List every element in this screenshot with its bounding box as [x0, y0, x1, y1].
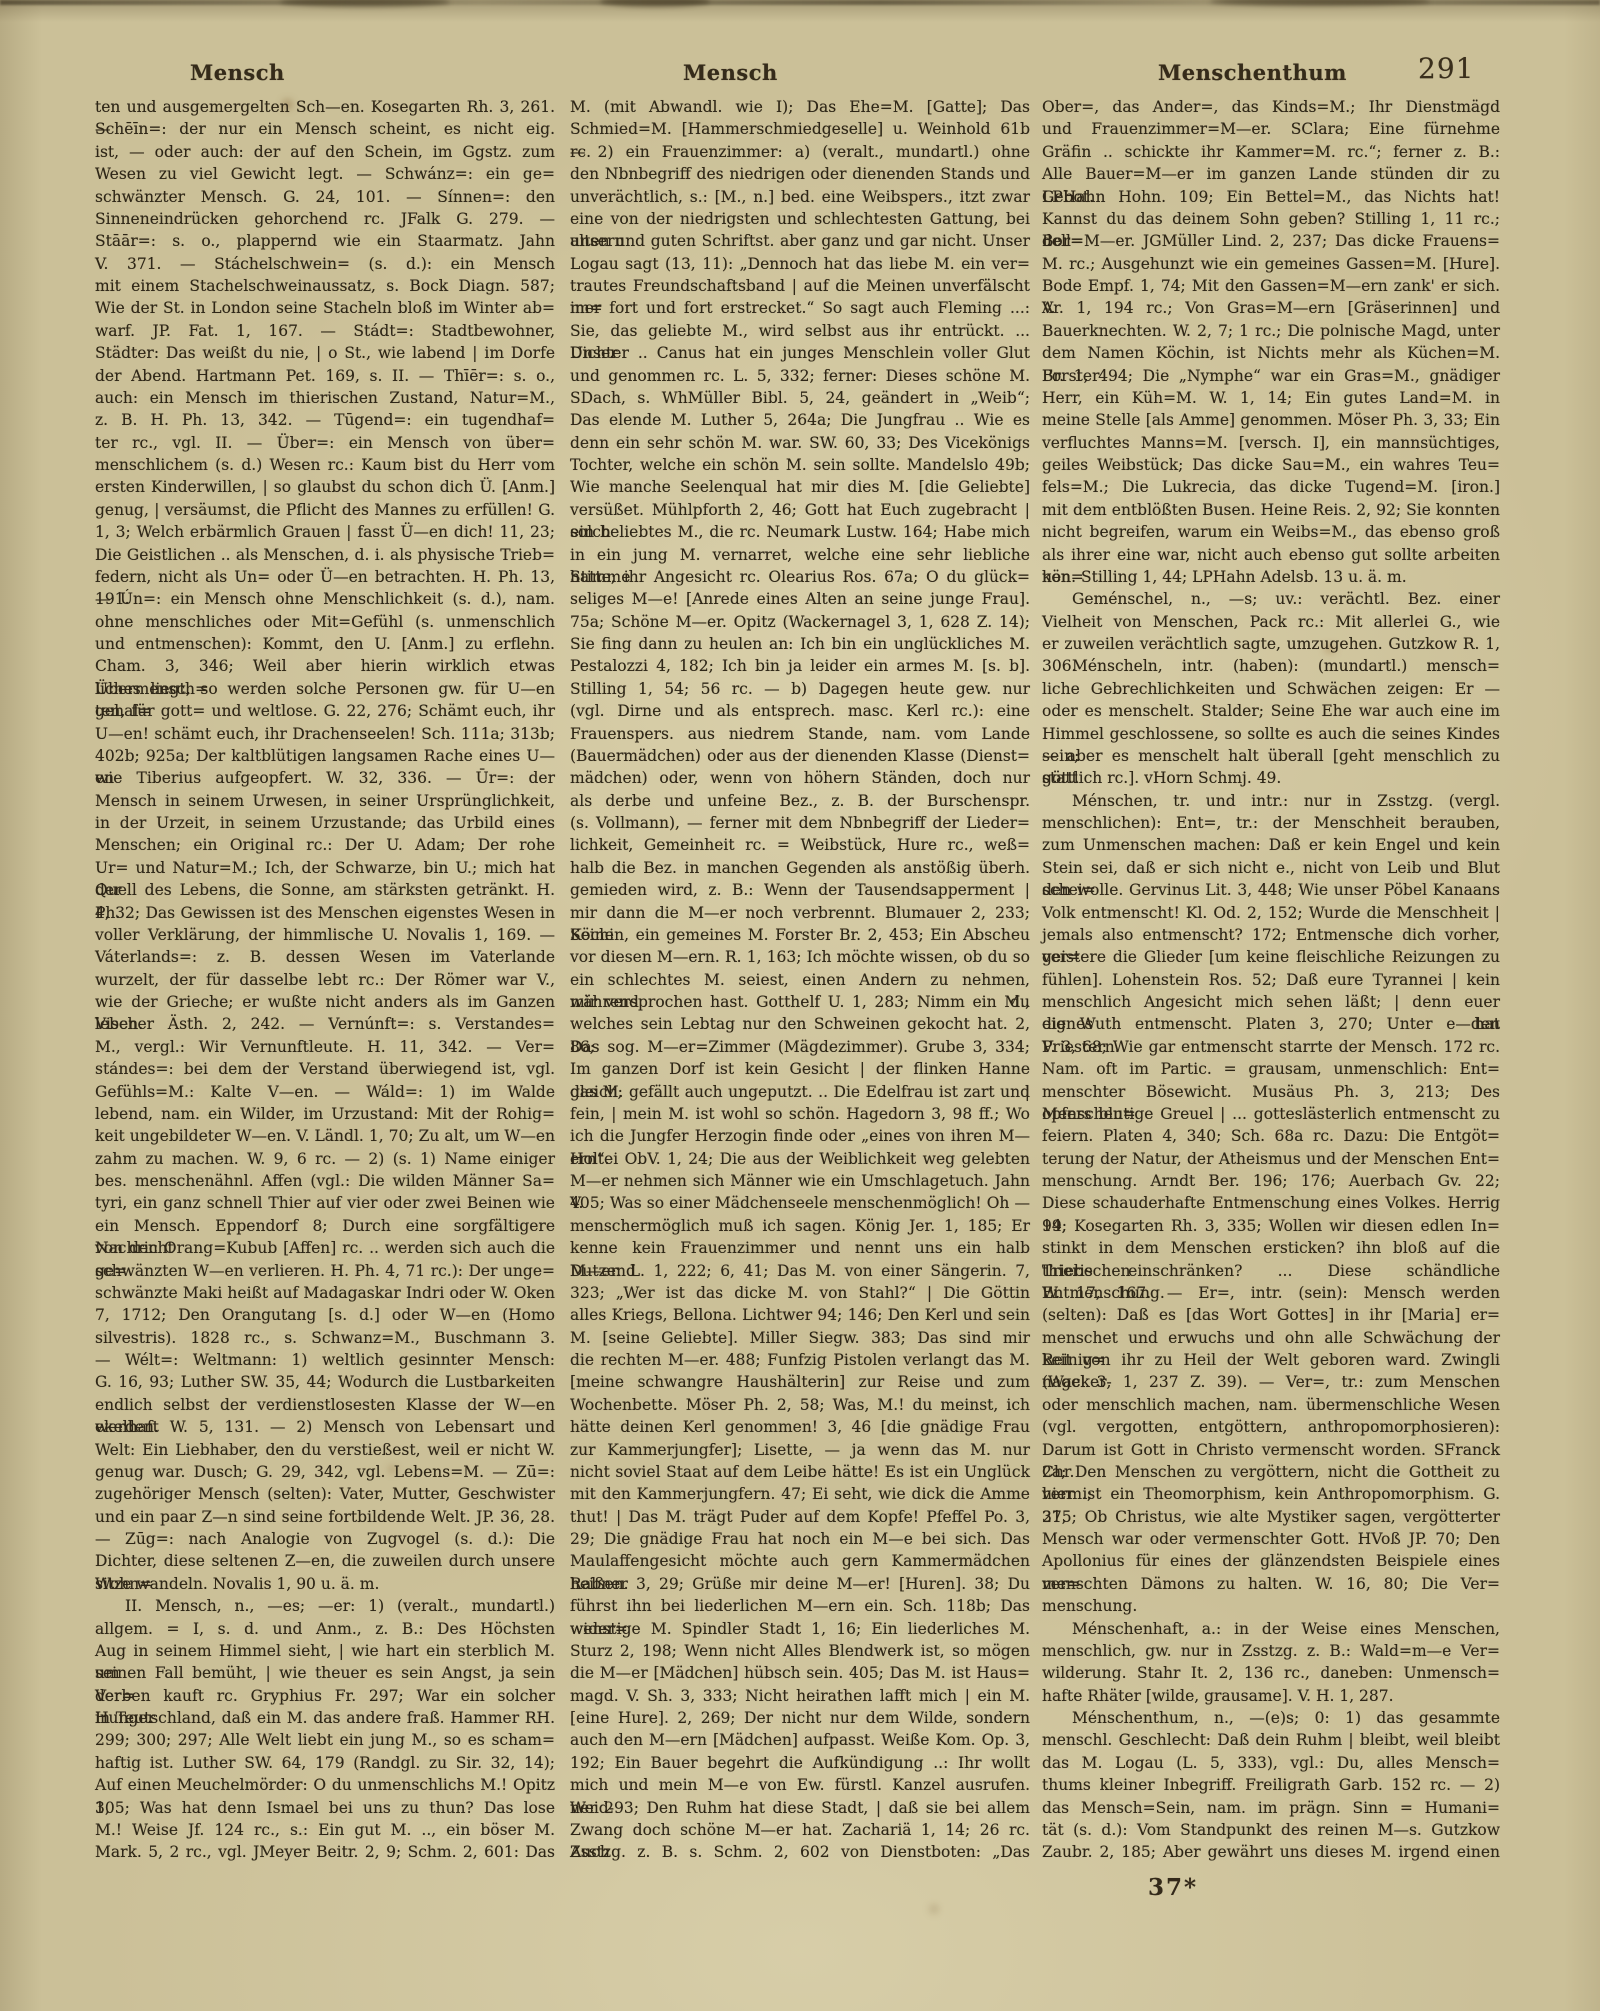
- text-line: — Zūg=: nach Analogie von Zugvogel (s. d…: [95, 1528, 555, 1550]
- text-line: nagel 3, 1, 237 Z. 39). — Ver=, tr.: zum…: [1042, 1371, 1500, 1393]
- text-line: menschten Dämons zu halten. W. 16, 80; D…: [1042, 1573, 1500, 1595]
- text-line: Kannst du das deinem Sohn geben? Stillin…: [1042, 208, 1500, 230]
- text-line: ten, für gott= und weltlose. G. 22, 276;…: [95, 700, 555, 722]
- text-line: M. [seine Geliebte]. Miller Siegw. 383; …: [570, 1327, 1030, 1349]
- text-line: Menschen; ein Original rc.: Der U. Adam;…: [95, 834, 555, 856]
- text-line: M. rc.; Ausgehunzt wie ein gemeines Gass…: [1042, 253, 1500, 275]
- text-line: wie Tiberius aufgeopfert. W. 32, 336. — …: [95, 767, 555, 789]
- text-line: Pestalozzi 4, 182; Ich bin ja leider ein…: [570, 655, 1030, 677]
- text-line: liches liegt, so werden solche Personen …: [95, 678, 555, 700]
- text-line: feiern. Platen 4, 340; Sch. 68a rc. Dazu…: [1042, 1125, 1500, 1147]
- text-line: federn, nicht als Un= oder Ü—en betracht…: [95, 566, 555, 588]
- text-line: die Wuth entmenscht. Platen 3, 270; Unte…: [1042, 1013, 1500, 1035]
- text-line: in ein jung M. vernarret, welche eine se…: [570, 544, 1030, 566]
- text-line: menschet und erwuchs und ohn alle Schwäc…: [1042, 1327, 1500, 1349]
- text-line: den wolle. Gervinus Lit. 3, 448; Wie uns…: [1042, 879, 1500, 901]
- text-line: thums kleiner Inbegriff. Freiligrath Gar…: [1042, 1774, 1500, 1796]
- text-line: genug war. Dusch; G. 29, 342, vgl. Leben…: [95, 1461, 555, 1483]
- text-line: werden. W. 5, 131. — 2) Mensch von Leben…: [95, 1416, 555, 1438]
- text-line: (vgl. vergotten, entgöttern, anthropomor…: [1042, 1416, 1500, 1438]
- text-line: auch: ein Mensch im thierischen Zustand,…: [95, 387, 555, 409]
- text-line: wenstige M. Spindler Stadt 1, 16; Ein li…: [570, 1618, 1030, 1640]
- text-line: göttlich rc.]. vHorn Schmj. 49.: [1042, 767, 1500, 789]
- scan-blot: [280, 0, 450, 7]
- text-line: meine Stelle [als Amme] genommen. Möser …: [1042, 409, 1500, 431]
- text-line: Volk entmenscht! Kl. Od. 2, 152; Wurde d…: [1042, 902, 1500, 924]
- text-line: geiles Weibstück; Das dicke Sau=M., ein …: [1042, 454, 1500, 476]
- text-line: [meine schwangre Haushälterin] zur Reise…: [570, 1371, 1030, 1393]
- text-line: menschlich Angesicht mich sehen läßt; | …: [1042, 991, 1500, 1013]
- text-line: M. (mit Abwandl. wie I); Das Ehe=M. [Gat…: [570, 96, 1030, 118]
- text-line: Váterlands=: z. B. dessen Wesen im Vater…: [95, 946, 555, 968]
- text-line: Schmied=M. [Hammerschmiedgeselle] u. Wei…: [570, 118, 1030, 140]
- text-line: Das elende M. Luther 5, 264a; Die Jungfr…: [570, 409, 1030, 431]
- text-line: Mark. 5, 2 rc., vgl. JMeyer Beitr. 2, 9;…: [95, 1841, 555, 1863]
- text-line: verfluchtes Manns=M. [versch. I], ein ma…: [1042, 432, 1500, 454]
- text-line: mädchen) oder, wenn von höhern Ständen, …: [570, 767, 1030, 789]
- text-line: vor diesen M—ern. R. 1, 163; Ich möchte …: [570, 946, 1030, 968]
- text-line: oder menschlich machen, nam. übermenschl…: [1042, 1394, 1500, 1416]
- text-line: menschter Bösewicht. Musäus Ph. 3, 213; …: [1042, 1081, 1500, 1103]
- text-line: stándes=: bei dem der Verstand überwiege…: [95, 1058, 555, 1080]
- scan-blot: [600, 0, 710, 7]
- text-line: Nam. oft im Partic. = grausam, unmenschl…: [1042, 1058, 1500, 1080]
- text-line: Zwang doch schöne M—er hat. Zachariä 1, …: [570, 1819, 1030, 1841]
- text-line: eine von der niedrigsten und schlechtest…: [570, 208, 1030, 230]
- text-line: [eine Hure]. 2, 269; Der nicht nur dem W…: [570, 1707, 1030, 1729]
- text-line: Herr, ein Küh=M. W. 1, 14; Ein gutes Lan…: [1042, 387, 1500, 409]
- text-line: Alle Bauer=M—er im ganzen Lande stünden …: [1042, 163, 1500, 185]
- text-line: schwänzter Mensch. G. 24, 101. — Sínnen=…: [95, 186, 555, 208]
- text-line: Ménschen, tr. und intr.: nur in Zsstzg. …: [1042, 790, 1500, 812]
- text-column-2: M. (mit Abwandl. wie I); Das Ehe=M. [Gat…: [570, 96, 1030, 1864]
- text-line: Sinneneindrücken gehorchend rc. JFalk G.…: [95, 208, 555, 230]
- text-line: jemals also entmenscht? 172; Entmensche …: [1042, 924, 1500, 946]
- text-line: M—er nehmen sich Männer wie ein Umschlag…: [570, 1170, 1030, 1192]
- text-line: und genommen rc. L. 5, 332; ferner: Dies…: [570, 365, 1030, 387]
- text-line: gemieden wird, z. B.: Wenn der Tausendsa…: [570, 879, 1030, 901]
- text-line: Vischer Ästh. 2, 242. — Vernúnft=: s. Ve…: [95, 1013, 555, 1035]
- text-line: stinkt in dem Menschen ersticken? ihn bl…: [1042, 1237, 1500, 1259]
- text-line: Frauenspers. aus niedrem Stande, nam. vo…: [570, 723, 1030, 745]
- text-line: endlich selbst der verdienstlosesten Kla…: [95, 1394, 555, 1416]
- text-line: II. Mensch, n., —es; —er: 1) (veralt., m…: [95, 1595, 555, 1617]
- text-line: 7, 1712; Den Orangutang [s. d.] oder W—e…: [95, 1304, 555, 1326]
- text-column-1: ten und ausgemergelten Sch—en. Kosegarte…: [95, 96, 555, 1864]
- text-line: hatte; ihr Angesicht rc. Olearius Ros. 6…: [570, 566, 1030, 588]
- text-line: Gefühls=M.: Kalte V—en. — Wáld=: 1) im W…: [95, 1081, 555, 1103]
- text-line: das Mensch=Sein, nam. im prägn. Sinn = H…: [1042, 1797, 1500, 1819]
- text-line: er zuweilen verächtlich sagte, umzugehen…: [1042, 633, 1500, 655]
- text-line: denn ein sehr schön M. war. SW. 60, 33; …: [570, 432, 1030, 454]
- text-line: mich und mein M—e von Ew. fürstl. Kanzel…: [570, 1774, 1030, 1796]
- text-line: mit einem Stachelschweinaussatz, s. Bock…: [95, 275, 555, 297]
- text-line: Wochenbette. Möser Ph. 2, 58; Was, M.! d…: [570, 1394, 1030, 1416]
- text-line: das M. Logau (L. 5, 333), vgl.: Du, alle…: [1042, 1752, 1500, 1774]
- text-line: schwänzten W—en verlieren. H. Ph. 4, 71 …: [95, 1260, 555, 1282]
- text-line: 323; „Wer ist das dicke M. von Stahl?“ |…: [570, 1282, 1030, 1304]
- text-line: Rabner 3, 29; Grüße mir deine M—er! [Hur…: [570, 1573, 1030, 1595]
- text-line: Tochter, welche ein schön M. sein sollte…: [570, 454, 1030, 476]
- text-line: Wie der St. in London seine Stacheln blo…: [95, 297, 555, 319]
- text-line: 2a; Den Menschen zu vergöttern, nicht di…: [1042, 1461, 1500, 1483]
- text-line: silvestris). 1828 rc., s. Schwanz=M., Bu…: [95, 1327, 555, 1349]
- text-line: keit von ihr zu Heil der Welt geboren wa…: [1042, 1349, 1500, 1371]
- text-line: V. 3, 68; Wie gar entmenscht starrte der…: [1042, 1036, 1500, 1058]
- text-line: menschung.: [1042, 1595, 1500, 1617]
- text-line: zugehöriger Mensch (selten): Vater, Mutt…: [95, 1483, 555, 1505]
- text-line: Dichter, diese seltenen Z—en, die zuweil…: [95, 1550, 555, 1572]
- paper-stain: [930, 1905, 938, 1913]
- text-line: Quell des Lebens, die Sonne, am stärkste…: [95, 879, 555, 901]
- text-line: allgem. = I, s. d. und Anm., z. B.: Des …: [95, 1618, 555, 1640]
- text-line: Zsstzg. z. B. s. Schm. 2, 602 von Dienst…: [570, 1841, 1030, 1863]
- text-line: genug, | versäumst, die Pflicht des Mann…: [95, 499, 555, 521]
- text-line: Wie manche Seelenqual hat mir dies M. [d…: [570, 476, 1030, 498]
- text-line: wilderung. Stahr It. 2, 136 rc., daneben…: [1042, 1662, 1500, 1684]
- text-line: Ober=, das Ander=, das Kinds=M.; Ihr Die…: [1042, 96, 1500, 118]
- text-line: hier ist ein Theomorphism, kein Anthropo…: [1042, 1483, 1500, 1505]
- text-line: lebend, nam. ein Wilder, im Urzustand: M…: [95, 1103, 555, 1125]
- text-line: menschlichem (s. d.) Wesen rc.: Kaum bis…: [95, 454, 555, 476]
- text-line: — aber es menschelt halt überall [geht m…: [1042, 745, 1500, 767]
- text-line: führst ihn bei liederlichen M—ern ein. S…: [570, 1595, 1030, 1617]
- text-line: Triebe einschränken? ... Diese schändlic…: [1042, 1260, 1500, 1282]
- text-line: Maulaffengesicht möchte auch gern Kammer…: [570, 1550, 1030, 1572]
- text-line: menschermöglich muß ich sagen. König Jer…: [570, 1215, 1030, 1237]
- text-line: zahm zu machen. W. 9, 6 rc. — 2) (s. 1) …: [95, 1148, 555, 1170]
- text-line: W. 17, 167. — Er=, intr. (sein): Mensch …: [1042, 1282, 1500, 1304]
- text-line: nen. Stilling 1, 44; LPHahn Adelsb. 13 u…: [1042, 566, 1500, 588]
- text-line: (selten): Daß es [das Wort Gottes] in ih…: [1042, 1304, 1500, 1326]
- text-line: Köchin, ein gemeines M. Forster Br. 2, 4…: [570, 924, 1030, 946]
- text-line: 305; Was hat denn Ismael bei uns zu thun…: [95, 1797, 555, 1819]
- text-line: G. 16, 93; Luther SW. 35, 44; Wodurch di…: [95, 1371, 555, 1393]
- text-line: menschung. Arndt Ber. 196; 176; Auerbach…: [1042, 1170, 1500, 1192]
- text-line: als derbe und unfeine Bez., z. B. der Bu…: [570, 790, 1030, 812]
- text-line: fühlen]. Lohenstein Ros. 52; Daß eure Ty…: [1042, 969, 1500, 991]
- text-line: Welt: Ein Liebhaber, den du verstießest,…: [95, 1439, 555, 1461]
- text-line: ter rc., vgl. II. — Über=: ein Mensch vo…: [95, 432, 555, 454]
- text-line: Holtei ObV. 1, 24; Die aus der Weiblichk…: [570, 1148, 1030, 1170]
- text-line: ist, — oder auch: der auf den Schein, im…: [95, 141, 555, 163]
- text-line: Schēīn=: der nur ein Mensch scheint, es …: [95, 118, 555, 140]
- text-line: oder es menschelt. Stalder; Seine Ehe wa…: [1042, 700, 1500, 722]
- text-line: und entmenschen): Kommt, den U. [Anm.] z…: [95, 633, 555, 655]
- text-line: menschlichen): Ent=, tr.: der Menschheit…: [1042, 812, 1500, 834]
- text-line: fels=M.; Die Lukrecia, das dicke Tugend=…: [1042, 476, 1500, 498]
- text-line: Darum ist Gott in Christo vermenscht wor…: [1042, 1439, 1500, 1461]
- text-line: mir versprochen hast. Gotthelf U. 1, 283…: [570, 991, 1030, 1013]
- text-line: ein schlechtes M. seiest, einen Andern z…: [570, 969, 1030, 991]
- text-line: versüßet. Mühlpforth 2, 46; Gott hat Euc…: [570, 499, 1030, 521]
- text-line: und ein paar Z—n sind seine fortbildende…: [95, 1506, 555, 1528]
- text-line: Auf einen Meuchelmörder: O du unmenschli…: [95, 1774, 555, 1796]
- text-line: Bode Empf. 1, 74; Mit den Gassen=M—ern z…: [1042, 275, 1500, 297]
- text-line: Wesen zu viel Gewicht legt. — Schwánz=: …: [95, 163, 555, 185]
- text-line: M., vergl.: Wir Vernunftleute. H. 11, 34…: [95, 1036, 555, 1058]
- text-line: in der Urzeit, in seinem Urzustande; das…: [95, 812, 555, 834]
- running-head-left: Mensch: [190, 60, 285, 90]
- text-line: mit dem entblößten Busen. Heine Reis. 2,…: [1042, 499, 1500, 521]
- text-line: warf. JP. Fat. 1, 167. — Stádt=: Stadtbe…: [95, 320, 555, 342]
- text-line: Stein sei, daß er sich nicht e., nicht v…: [1042, 857, 1500, 879]
- text-line: hafte Rhäter [wilde, grausame]. V. H. 1,…: [1042, 1685, 1500, 1707]
- text-line: — Ún=: ein Mensch ohne Menschlichkeit (s…: [95, 588, 555, 610]
- text-line: die M—er [Mädchen] hübsch sein. 405; Das…: [570, 1662, 1030, 1684]
- scan-blot: [1210, 0, 1430, 6]
- text-line: fein, | mein M. ist wohl so schön. Haged…: [570, 1103, 1030, 1125]
- text-line: SDach, s. WhMüller Bibl. 5, 24, geändert…: [570, 387, 1030, 409]
- text-line: 99; Kosegarten Rh. 3, 335; Wollen wir di…: [1042, 1215, 1500, 1237]
- text-line: 402b; 925a; Der kaltblütigen langsamen R…: [95, 745, 555, 767]
- text-line: Im ganzen Dorf ist kein Gesicht | der fl…: [570, 1058, 1030, 1080]
- text-column-3: Ober=, das Ander=, das Kinds=M.; Ihr Die…: [1042, 96, 1500, 1864]
- text-line: M.! Weise Jf. 124 rc., s.: Ein gut M. ..…: [95, 1819, 555, 1841]
- text-line: der Abend. Hartmann Pet. 169, s. II. — T…: [95, 365, 555, 387]
- text-line: U—en! schämt euch, ihr Drachenseelen! Sc…: [95, 723, 555, 745]
- text-line: geistere die Glieder [um keine fleischli…: [1042, 946, 1500, 968]
- text-line: Mensch war oder vermenschter Gott. HVoß …: [1042, 1528, 1500, 1550]
- text-line: Vielheit von Menschen, Pack rc.: Mit all…: [1042, 611, 1500, 633]
- text-line: ner 293; Den Ruhm hat diese Stadt, | daß…: [570, 1797, 1030, 1819]
- text-line: 29; Die gnädige Frau hat noch ein M—e be…: [570, 1528, 1030, 1550]
- running-head-right: Menschenthum: [1158, 60, 1347, 90]
- text-line: 405; Was so einer Mädchenseele menschenm…: [570, 1192, 1030, 1214]
- page-number: 291: [1418, 52, 1474, 85]
- text-line: Sie, das geliebte M., wird selbst aus ih…: [570, 320, 1030, 342]
- text-line: 275; Ob Christus, wie alte Mystiker sage…: [1042, 1506, 1500, 1528]
- text-line: derben kauft rc. Gryphius Fr. 297; War e…: [95, 1685, 555, 1707]
- text-line: mit den Kammerjungfern. 47; Ei seht, wie…: [570, 1483, 1030, 1505]
- text-line: 192; Ein Bauer begehrt die Aufkündigung …: [570, 1752, 1030, 1774]
- text-line: kenne kein Frauenzimmer und nennt uns ei…: [570, 1237, 1030, 1259]
- text-line: Mensch in seinem Urwesen, in seiner Ursp…: [95, 790, 555, 812]
- text-line: auch den M—ern [Mädchen] aufpasst. Weiße…: [570, 1729, 1030, 1751]
- text-line: wurzelt, der für dasselbe lebt rc.: Der …: [95, 969, 555, 991]
- text-line: ich die Jungfer Herzogin finde oder „ein…: [570, 1125, 1030, 1147]
- text-line: seinen Fall bemüht, | wie theuer es sein…: [95, 1662, 555, 1684]
- text-line: Zaubr. 2, 185; Aber gewährt uns dieses M…: [1042, 1841, 1500, 1863]
- text-line: seliges M—e! [Anrede eines Alten an sein…: [570, 588, 1030, 610]
- scanned-dictionary-page: Mensch Mensch Menschenthum 291 ten und a…: [0, 0, 1600, 2011]
- text-line: Stilling 1, 54; 56 rc. — b) Dagegen heut…: [570, 678, 1030, 700]
- text-line: (vgl. Dirne und als entsprech. masc. Ker…: [570, 700, 1030, 722]
- text-line: zum Unmenschen machen: Daß er kein Engel…: [1042, 834, 1500, 856]
- text-line: liche Gebrechlichkeiten und Schwächen ze…: [1042, 678, 1500, 700]
- text-line: 1, 3; Welch erbärmlich Grauen | fasst Ü—…: [95, 521, 555, 543]
- text-line: von den Orang=Kubub [Affen] rc. .. werde…: [95, 1237, 555, 1259]
- text-line: Das sog. M—er=Zimmer (Mägdezimmer). Grub…: [570, 1036, 1030, 1058]
- text-line: LPHahn Hohn. 109; Ein Bettel=M., das Nic…: [1042, 186, 1500, 208]
- text-line: 75a; Schöne M—er. Opitz (Wackernagel 3, …: [570, 611, 1030, 633]
- text-line: unverächtlich, s.: [M., n.] bed. eine We…: [570, 186, 1030, 208]
- text-line: Ar. 1, 194 rc.; Von Gras=M—ern [Gräserin…: [1042, 297, 1500, 319]
- text-line: ein Mensch. Eppendorf 8; Durch eine sorg…: [95, 1215, 555, 1237]
- text-line: schwänzte Maki heißt auf Madagaskar Indr…: [95, 1282, 555, 1304]
- text-line: bes. menschenähnl. Affen (vgl.: Die wild…: [95, 1170, 555, 1192]
- text-line: Br. 1, 494; Die „Nymphe“ war ein Gras=M.…: [1042, 365, 1500, 387]
- text-line: thut! | Das M. trägt Puder auf dem Kopfe…: [570, 1506, 1030, 1528]
- text-line: als ihrer eine war, nicht auch ebenso gu…: [1042, 544, 1500, 566]
- text-line: welches sein Lebtag nur den Schweinen ge…: [570, 1013, 1030, 1035]
- text-line: Aug in seinem Himmel sieht, | wie hart e…: [95, 1640, 555, 1662]
- running-head-center: Mensch: [683, 60, 778, 90]
- text-line: 4, 32; Das Gewissen ist des Menschen eig…: [95, 902, 555, 924]
- text-line: menschl. Geschlecht: Daß dein Ruhm | ble…: [1042, 1729, 1500, 1751]
- text-line: alles Kriegs, Bellona. Lichtwer 94; 146;…: [570, 1304, 1030, 1326]
- text-line: Sturz 2, 198; Wenn nicht Alles Blendwerk…: [570, 1640, 1030, 1662]
- text-line: M—er. L. 1, 222; 6, 41; Das M. von einer…: [570, 1260, 1030, 1282]
- text-line: tät (s. d.): Vom Standpunkt des reinen M…: [1042, 1819, 1500, 1841]
- text-line: Bauerknechten. W. 2, 7; 1 rc.; Die polni…: [1042, 320, 1500, 342]
- text-line: trautes Freundschaftsband | auf die Mein…: [570, 275, 1030, 297]
- text-line: dem Namen Köchin, ist Nichts mehr als Kü…: [1042, 342, 1500, 364]
- text-line: Geménschel, n., —s; uv.: verächtl. Bez. …: [1042, 588, 1500, 610]
- text-line: menschlich, gw. nur in Zsstzg. z. B.: Wa…: [1042, 1640, 1500, 1662]
- text-line: Himmel geschlossene, so sollte es auch d…: [1042, 723, 1500, 745]
- text-line: Logau sagt (13, 11): „Dennoch hat das li…: [570, 253, 1030, 275]
- text-line: magd. V. Sh. 3, 333; Nicht heirathen laf…: [570, 1685, 1030, 1707]
- text-line: Sie fing dann zu heulen an: Ich bin ein …: [570, 633, 1030, 655]
- text-line: Ménschenthum, n., —(e)s; 0: 1) das gesam…: [1042, 1707, 1500, 1729]
- text-line: Gräfin .. schickte ihr Kammer=M. rc.“; f…: [1042, 141, 1500, 163]
- text-line: V. 371. — Stáchelschwein= (s. d.): ein M…: [95, 253, 555, 275]
- text-line: das M. gefällt auch ungeputzt. .. Die Ed…: [570, 1081, 1030, 1103]
- text-line: Stāār=: s. o., plappernd wie ein Staarma…: [95, 230, 555, 252]
- text-line: Ménschenhaft, a.: in der Weise eines Men…: [1042, 1618, 1500, 1640]
- text-line: tyri, ein ganz schnell Thier auf vier od…: [95, 1192, 555, 1214]
- text-line: ohne menschliches oder Mit=Gefühl (s. un…: [95, 611, 555, 633]
- text-line: Dichter .. Canus hat ein junges Menschle…: [570, 342, 1030, 364]
- text-line: ten und ausgemergelten Sch—en. Kosegarte…: [95, 96, 555, 118]
- text-line: keit ungebildeter W—en. V. Ländl. 1, 70;…: [95, 1125, 555, 1147]
- text-line: Die Geistlichen .. als Menschen, d. i. a…: [95, 544, 555, 566]
- text-line: dell=M—er. JGMüller Lind. 2, 237; Das di…: [1042, 230, 1500, 252]
- text-line: (Bauermädchen) oder aus der dienenden Kl…: [570, 745, 1030, 767]
- text-line: die rechten M—er. 488; Funfzig Pistolen …: [570, 1349, 1030, 1371]
- text-line: Cham. 3, 346; Weil aber hierin wirklich …: [95, 655, 555, 677]
- text-line: ein beliebtes M., die rc. Neumark Lustw.…: [570, 521, 1030, 543]
- text-line: ersten Kinderwillen, | so glaubst du sch…: [95, 476, 555, 498]
- text-line: 299; 300; 297; Alle Welt liebt ein jung …: [95, 1729, 555, 1751]
- signature-mark: 37*: [1148, 1874, 1198, 1901]
- text-line: mir dann die M—er noch verbrennt. Blumau…: [570, 902, 1030, 924]
- text-line: voller Verklärung, der himmlische U. Nov…: [95, 924, 555, 946]
- text-line: Ménscheln, intr. (haben): (mundartl.) me…: [1042, 655, 1500, 677]
- text-line: halb die Bez. in manchen Gegenden als an…: [570, 857, 1030, 879]
- text-line: — Wélt=: Weltmann: 1) weltlich gesinnter…: [95, 1349, 555, 1371]
- text-line: nicht begreifen, warum ein Weibs=M., das…: [1042, 521, 1500, 543]
- text-line: terung der Natur, der Atheismus und der …: [1042, 1148, 1500, 1170]
- text-line: mer fort und fort erstrecket.“ So sagt a…: [570, 297, 1030, 319]
- text-line: wie der Grieche; er wußte nicht anders a…: [95, 991, 555, 1013]
- text-line: alten und guten Schriftst. aber ganz und…: [570, 230, 1030, 252]
- text-line: und Frauenzimmer=M—er. SClara; Eine fürn…: [1042, 118, 1500, 140]
- text-line: den Nbnbegriff des niedrigen oder dienen…: [570, 163, 1030, 185]
- text-line: sitze wandeln. Novalis 1, 90 u. ä. m.: [95, 1573, 555, 1595]
- text-line: zur Kammerjungfer]; Lisette, — ja wenn d…: [570, 1439, 1030, 1461]
- text-line: hätte deinen Kerl genommen! 3, 46 [die g…: [570, 1416, 1030, 1438]
- text-line: haftig ist. Luther SW. 64, 179 (Randgl. …: [95, 1752, 555, 1774]
- text-line: opfers blutige Greuel | ... gottesläster…: [1042, 1103, 1500, 1125]
- text-line: Ur= und Natur=M.; Ich, der Schwarze, bin…: [95, 857, 555, 879]
- text-line: Diese schauderhafte Entmenschung eines V…: [1042, 1192, 1500, 1214]
- text-line: in Teutschland, daß ein M. das andere fr…: [95, 1707, 555, 1729]
- text-line: (s. Vollmann), — ferner mit dem Nbnbegri…: [570, 812, 1030, 834]
- text-line: — 2) ein Frauenzimmer: a) (veralt., mund…: [570, 141, 1030, 163]
- text-line: Apollonius für eines der glänzendsten Be…: [1042, 1550, 1500, 1572]
- text-line: nicht soviel Staat auf dem Leibe hätte! …: [570, 1461, 1030, 1483]
- text-line: Städter: Das weißt du nie, | o St., wie …: [95, 342, 555, 364]
- text-line: lichkeit, Gemeinheit rc. = Weibstück, Hu…: [570, 834, 1030, 856]
- text-line: z. B. H. Ph. 13, 342. — Tūgend=: ein tug…: [95, 409, 555, 431]
